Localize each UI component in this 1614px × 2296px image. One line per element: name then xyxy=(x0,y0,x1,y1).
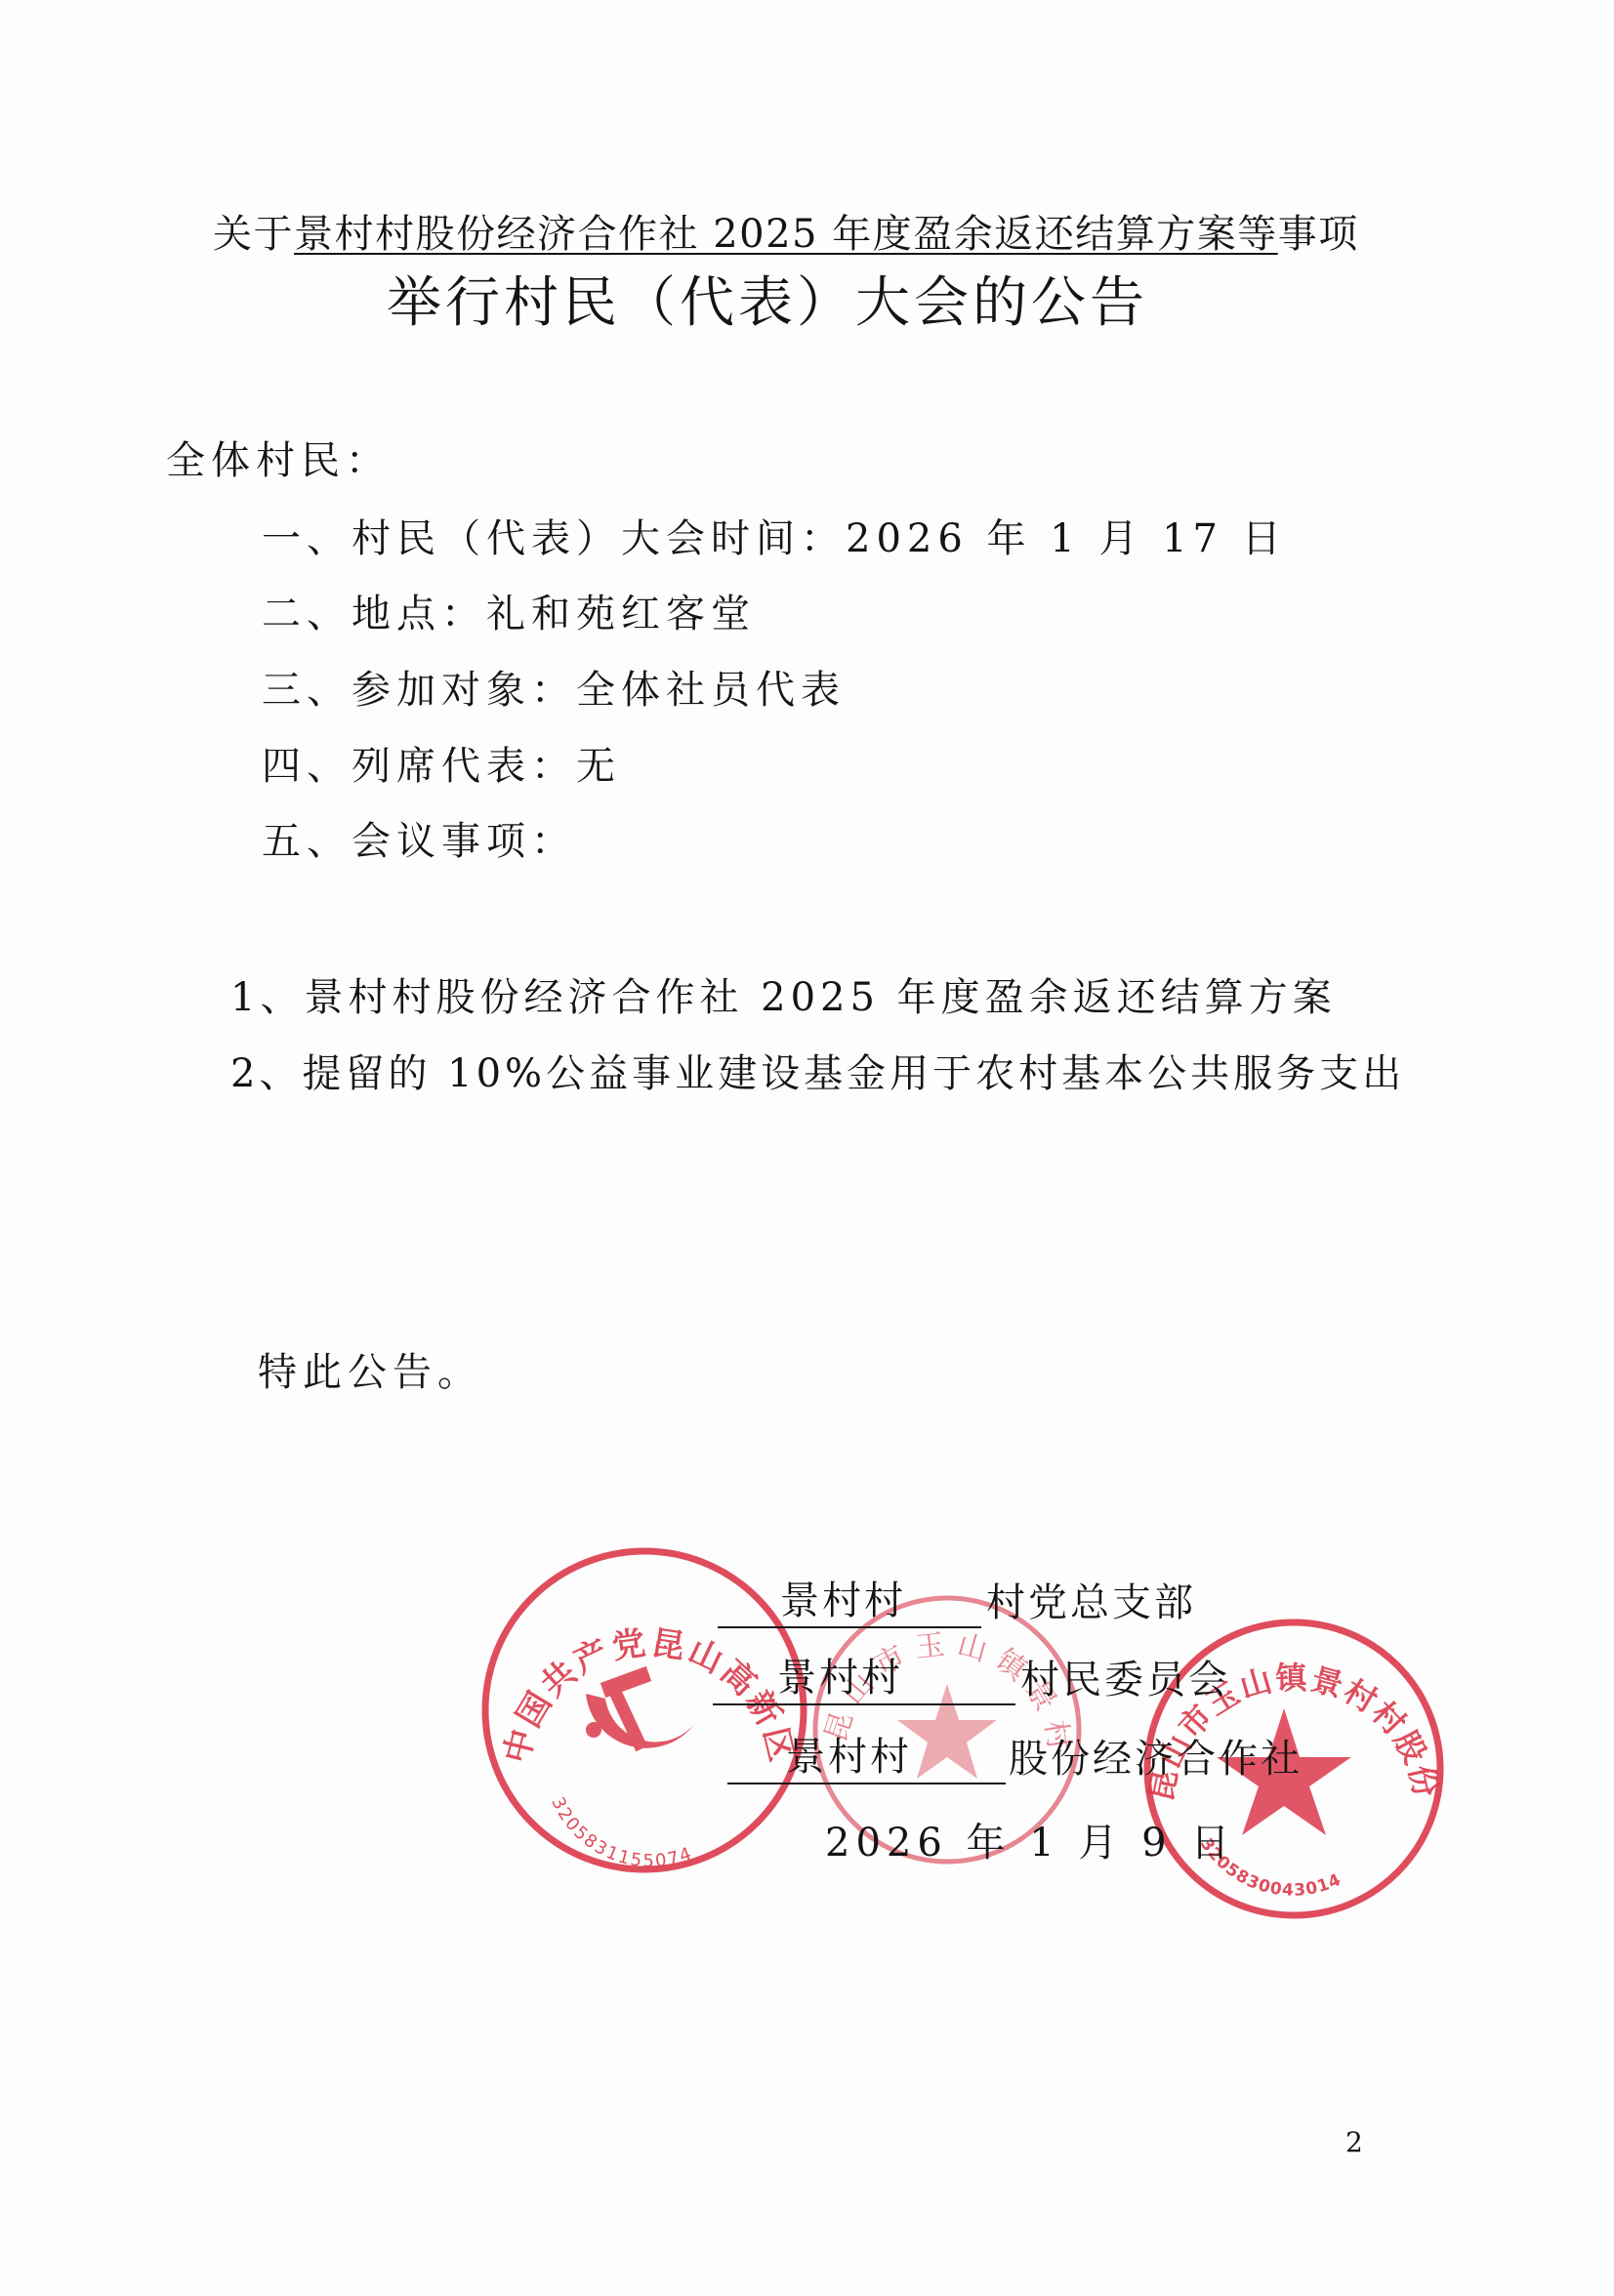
signature-blank: 景村村 xyxy=(718,1583,981,1628)
item-participants: 三、参加对象：全体社员代表 xyxy=(262,665,846,716)
closing-text: 特此公告。 xyxy=(258,1347,482,1398)
village-name: 景村村 xyxy=(777,1655,903,1701)
item-attendees: 四、列席代表：无 xyxy=(262,741,621,792)
notice-title-line1: 关于景村村股份经济合作社 2025 年度盈余返还结算方案等事项 xyxy=(213,209,1359,260)
svg-text:中国共产党昆山高新区景村村总支部委员会: 中国共产党昆山高新区景村村总支部委员会 xyxy=(0,0,802,1768)
item-agenda-heading: 五、会议事项： xyxy=(262,816,576,867)
notice-title-line2: 举行村民（代表）大会的公告 xyxy=(387,269,1148,338)
village-name: 景村村 xyxy=(780,1578,906,1624)
svg-text:3205831155074: 3205831155074 xyxy=(547,1794,695,1872)
agenda-item-1: 1、景村村股份经济合作社 2025 年度盈余返还结算方案 xyxy=(230,972,1337,1023)
org-name: 村民委员会 xyxy=(1020,1657,1230,1703)
item-location: 二、地点：礼和苑红客堂 xyxy=(262,589,756,639)
signature-cooperative: 景村村 股份经济合作社 xyxy=(727,1738,1333,1784)
title-suffix: 事项 xyxy=(1278,212,1359,257)
village-name: 景村村 xyxy=(786,1734,912,1781)
svg-text:昆山市玉山镇景村村民委员会: 昆山市玉山镇景村村民委员会 xyxy=(0,0,1078,1762)
signature-village-committee: 景村村 村民委员会 xyxy=(713,1659,1260,1705)
signature-party-branch: 景村村 村党总支部 xyxy=(718,1581,1264,1628)
title-prefix: 关于 xyxy=(213,212,294,257)
hammer-sickle-icon xyxy=(586,1666,695,1751)
signature-blank: 景村村 xyxy=(713,1660,1015,1705)
agenda-item-2: 2、提留的 10%公益事业建设基金用于农村基本公共服务支出 xyxy=(230,1048,1405,1099)
org-name: 村党总支部 xyxy=(986,1579,1196,1626)
salutation: 全体村民： xyxy=(166,435,391,486)
seals-layer: 中国共产党昆山高新区景村村总支部委员会 3205831155074 昆山市玉山镇… xyxy=(0,0,1614,2296)
issue-date: 2026 年 1 月 9 日 xyxy=(825,1812,1235,1867)
item-meeting-time: 一、村民（代表）大会时间：2026 年 1 月 17 日 xyxy=(262,513,1287,564)
signature-blank: 景村村 xyxy=(727,1740,1006,1784)
page-number: 2 xyxy=(1345,2126,1363,2158)
org-name: 股份经济合作社 xyxy=(1009,1736,1303,1783)
title-underlined-subject: 景村村股份经济合作社 2025 年度盈余返还结算方案等 xyxy=(294,212,1278,257)
